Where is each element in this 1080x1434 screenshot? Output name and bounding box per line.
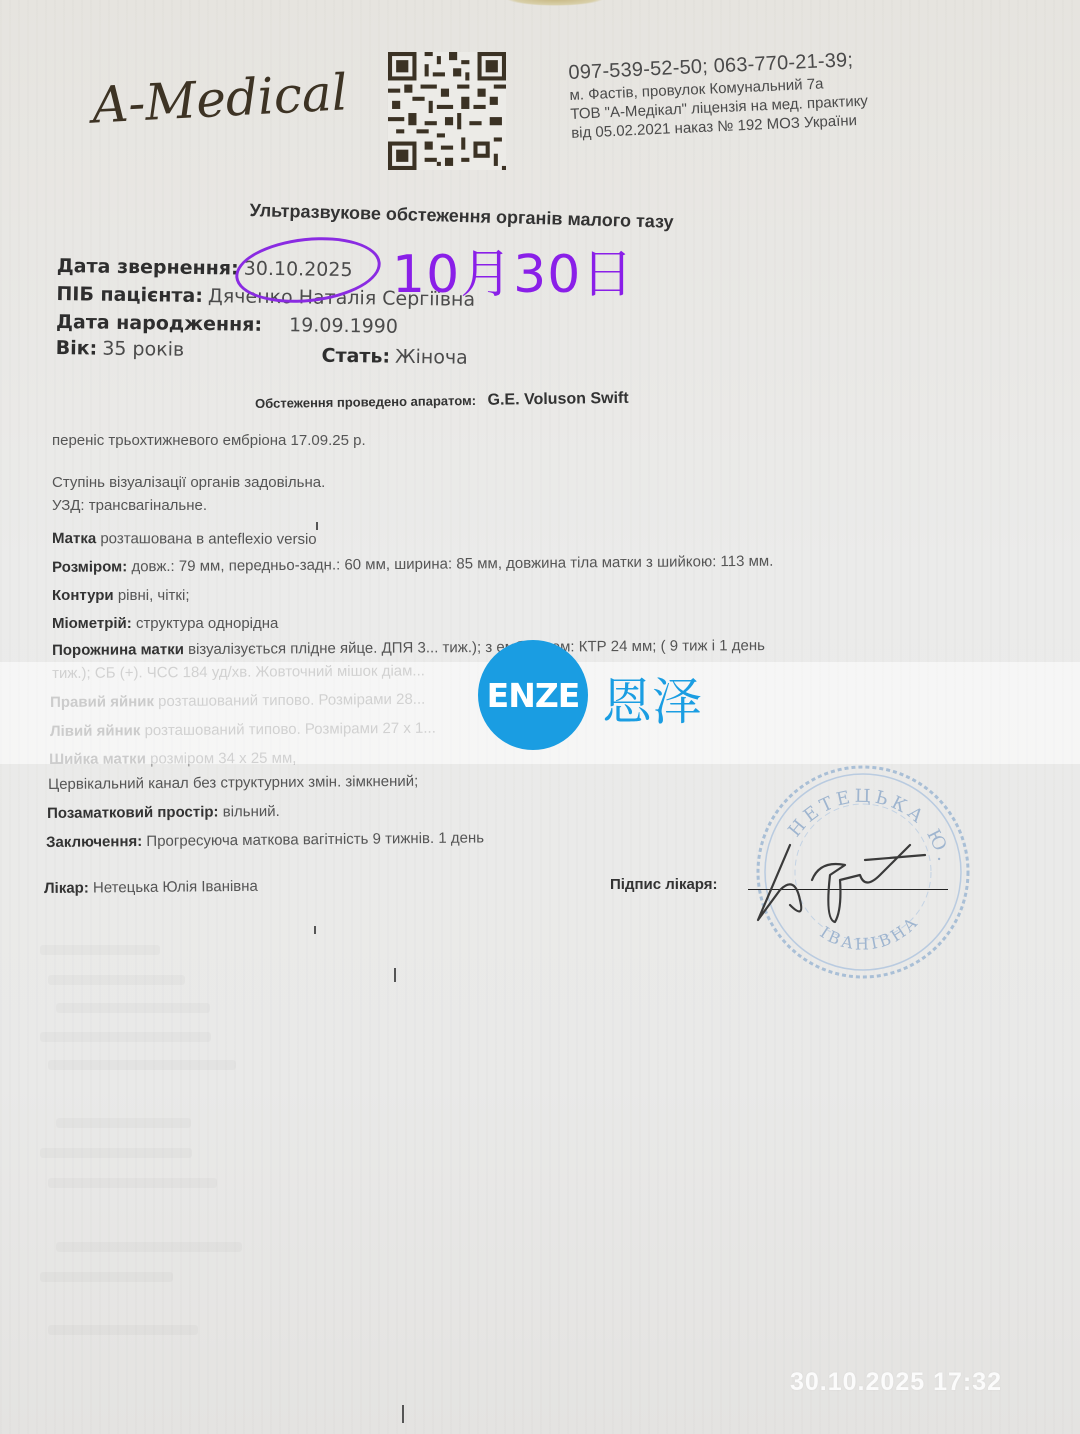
- device-info: Обстеження проведено апаратом: G.E. Volu…: [255, 390, 629, 413]
- bleed-through-text: [48, 1060, 236, 1070]
- paper-clip-shadow: [505, 0, 605, 6]
- doctor-label: Лікар:: [44, 880, 89, 897]
- birth-date: 19.09.1990: [289, 314, 398, 338]
- uzd-line: УЗД: трансвагінальне.: [52, 497, 207, 514]
- bleed-through-text: [40, 1272, 173, 1282]
- qr-code-icon: [388, 50, 506, 172]
- ink-mark: [316, 522, 318, 530]
- signature-label: Підпис лікаря:: [610, 876, 718, 893]
- transfer-note: переніс трьохтижневого ембріона 17.09.25…: [52, 432, 366, 449]
- finding-row: Розміром: довж.: 79 мм, передньо-задн.: …: [52, 553, 773, 576]
- finding-label: Матка: [52, 530, 96, 547]
- bleed-through-text: [48, 1325, 198, 1335]
- finding-row: Цервікальний канал без структурних змін.…: [48, 773, 418, 793]
- bleed-through-text: [48, 975, 185, 985]
- bleed-through-text: [40, 1148, 192, 1158]
- bleed-through-text: [40, 1032, 211, 1042]
- bleed-through-text: [56, 1118, 191, 1128]
- document-title: Ультразвукове обстеження органів малого …: [249, 200, 673, 233]
- visualization-line: Ступінь візуалізації органів задовільна.: [52, 474, 325, 491]
- photo-timestamp: 30.10.2025 17:32: [790, 1368, 1002, 1397]
- patient-name-label: ПІБ пацієнта:: [56, 283, 203, 307]
- handwritten-date-annotation: 10月30日: [392, 232, 634, 307]
- finding-label: Розміром:: [52, 558, 127, 576]
- finding-row: Міометрій: структура однорідна: [52, 615, 278, 632]
- finding-row: Матка розташована в anteflexio versio: [52, 530, 317, 548]
- finding-text: рівні, чіткі;: [118, 587, 190, 604]
- ink-mark: [394, 968, 396, 982]
- birth-date-label: Дата народження:: [56, 311, 262, 336]
- finding-label: Контури: [52, 587, 114, 604]
- finding-label: Порожнина матки: [52, 641, 184, 659]
- finding-row: Заключення: Прогресуюча маткова вагітніс…: [46, 829, 484, 851]
- sex-label: Стать:: [321, 345, 390, 368]
- finding-row: Порожнина матки візуалізується плідне яй…: [52, 637, 765, 659]
- device-name: G.E. Voluson Swift: [487, 390, 628, 409]
- finding-text: структура однорідна: [136, 615, 278, 632]
- finding-row: Позаматковий простір: вільний.: [47, 803, 280, 822]
- finding-label: Заключення:: [46, 833, 142, 851]
- bleed-through-text: [40, 945, 160, 955]
- ink-mark: [402, 1405, 404, 1423]
- finding-text: Прогресуюча маткова вагітність 9 тижнів.…: [146, 829, 484, 850]
- age-label: Вік:: [56, 337, 98, 360]
- finding-text: довж.: 79 мм, передньо-задн.: 60 мм, шир…: [131, 553, 773, 576]
- finding-text: Цервікальний канал без структурних змін.…: [48, 773, 418, 793]
- bleed-through-text: [48, 1178, 217, 1188]
- finding-text: візуалізується плідне яйце. ДПЯ 3... тиж…: [188, 637, 765, 658]
- signature-scribble-icon: [750, 830, 940, 930]
- doctor-name: Нетецька Юлія Іванівна: [93, 878, 258, 897]
- finding-row: Контури рівні, чіткі;: [52, 587, 190, 604]
- finding-text: вільний.: [223, 803, 280, 820]
- sex-value: Жіноча: [395, 346, 468, 369]
- doctor-line: Лікар: Нетецька Юлія Іванівна: [44, 878, 258, 897]
- clinic-logo: A-Medical: [91, 63, 349, 134]
- enze-watermark-chinese: 恩泽: [602, 662, 702, 734]
- bleed-through-text: [56, 1242, 242, 1252]
- finding-label: Міометрій:: [52, 615, 132, 632]
- age-value: 35 років: [102, 338, 184, 361]
- ink-mark: [314, 926, 316, 934]
- device-label: Обстеження проведено апаратом:: [255, 393, 476, 411]
- clinic-contacts: 097-539-52-50; 063-770-21-39; м. Фастів,…: [568, 48, 869, 141]
- finding-text: розташована в anteflexio versio: [100, 530, 316, 548]
- visit-date-label: Дата звернення:: [57, 255, 239, 280]
- bleed-through-text: [56, 1003, 210, 1013]
- finding-label: Позаматковий простір:: [47, 804, 219, 822]
- enze-watermark-badge: ENZE: [478, 640, 588, 750]
